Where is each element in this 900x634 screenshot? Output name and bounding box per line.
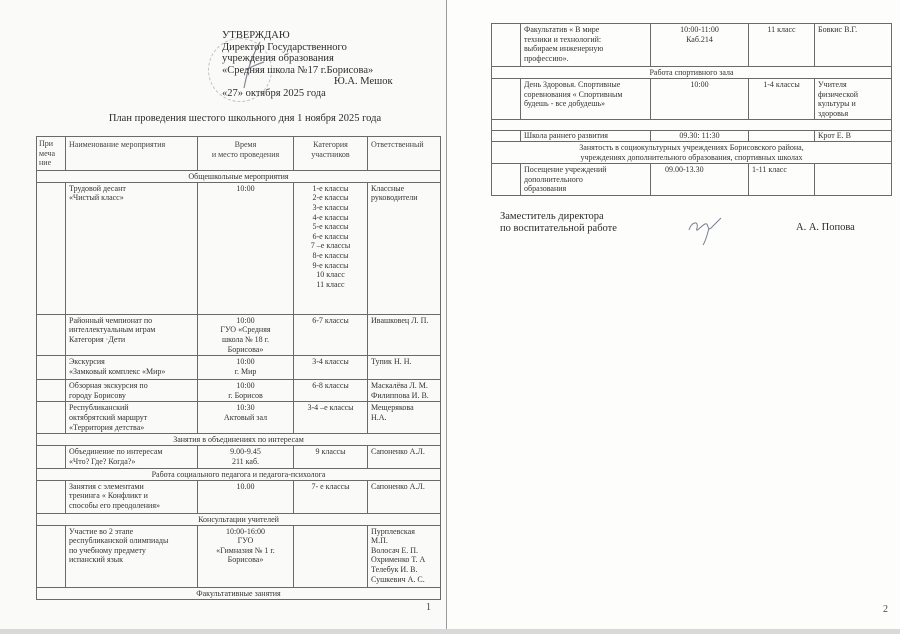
cell-event: Трудовой десант «Чистый класс» xyxy=(66,182,198,314)
cell-responsible: Учителя физической культуры и здоровья xyxy=(815,79,892,120)
section-row: Занятость в социокультурных учреждениях … xyxy=(492,141,892,163)
cell-event: Занятия с элементами тренинга « Конфликт… xyxy=(66,480,198,513)
cell-category: 6-7 классы xyxy=(294,314,368,355)
deputy-signature-icon xyxy=(685,216,725,246)
cell-event: Республиканский октябрятский маршрут «Те… xyxy=(66,402,198,434)
signoff-block: Заместитель директора по воспитательной … xyxy=(500,211,617,235)
section-row: Факультативные занятия xyxy=(37,587,441,599)
cell-time: 10:30 Актовый зал xyxy=(198,402,294,434)
cell-note xyxy=(492,79,521,120)
approval-heading: УТВЕРЖДАЮ xyxy=(222,30,422,42)
cell-note xyxy=(37,380,66,402)
cell-category: 1-4 классы xyxy=(749,79,815,120)
cell-responsible: Бовкис В.Г. xyxy=(815,24,892,67)
cell-category: 6-8 классы xyxy=(294,380,368,402)
cell-time: 10.00 xyxy=(198,480,294,513)
cell-note xyxy=(37,182,66,314)
cell-time: 10:00-11:00 Каб.214 xyxy=(651,24,749,67)
cell-time: 10:00 xyxy=(651,79,749,120)
cell-responsible: Ивашковец Л. П. xyxy=(368,314,441,355)
header-responsible: Ответственный xyxy=(368,137,441,171)
cell-event: Районный чемпионат по интеллектуальным и… xyxy=(66,314,198,355)
approval-line-2: учреждения образования xyxy=(222,53,422,65)
cell-responsible: Классные руководители xyxy=(368,182,441,314)
table-row: Районный чемпионат по интеллектуальным и… xyxy=(37,314,441,355)
cell-event: Посещение учреждений дополнительного обр… xyxy=(521,164,651,196)
approval-block: УТВЕРЖДАЮ Директор Государственного учре… xyxy=(222,30,422,100)
signoff-name: А. А. Попова xyxy=(796,222,855,233)
plan-title: План проведения шестого школьного дня 1 … xyxy=(60,113,430,124)
header-time: Время и место проведения xyxy=(198,137,294,171)
cell-responsible: Тупик Н. Н. xyxy=(368,356,441,380)
section-row: Работа социального педагога и педагога-п… xyxy=(37,468,441,480)
cell-responsible: Крот Е. В xyxy=(815,131,892,142)
cell-time: 09.30: 11:30 xyxy=(651,131,749,142)
cell-event: Участие во 2 этапе республиканской олимп… xyxy=(66,525,198,587)
cell-note xyxy=(492,164,521,196)
cell-responsible: Маскалёва Л. М. Филиппова И. В. xyxy=(368,380,441,402)
cell-note xyxy=(492,131,521,142)
cell-category: 9 классы xyxy=(294,446,368,468)
table-row: Посещение учреждений дополнительного обр… xyxy=(492,164,892,196)
cell-note xyxy=(37,525,66,587)
cell-time: 10:00 г. Мир xyxy=(198,356,294,380)
approval-line-1: Директор Государственного xyxy=(222,42,422,54)
table-header-row: При меча ние Наименование мероприятия Вр… xyxy=(37,137,441,171)
cell-category: 1-е классы 2-е классы 3-е классы 4-е кла… xyxy=(294,182,368,314)
cell-note xyxy=(492,24,521,67)
spacer-row xyxy=(492,120,892,131)
cell-time: 9.00-9.45 211 каб. xyxy=(198,446,294,468)
cell-responsible: Пурплевская М.П. Волосач Е. П. Охрименко… xyxy=(368,525,441,587)
section-row: Общешкольные мероприятия xyxy=(37,170,441,182)
cell-category: 11 класс xyxy=(749,24,815,67)
cell-note xyxy=(37,402,66,434)
cell-responsible: Сапоненко А.Л. xyxy=(368,480,441,513)
cell-category: 3-4 классы xyxy=(294,356,368,380)
table-row: День Здоровья. Спортивные соревнования «… xyxy=(492,79,892,120)
page-number-2: 2 xyxy=(883,604,888,615)
cell-time: 10:00-16:00 ГУО «Гимназия № 1 г. Борисов… xyxy=(198,525,294,587)
section-row: Занятия в объединениях по интересам xyxy=(37,434,441,446)
table-row: Занятия с элементами тренинга « Конфликт… xyxy=(37,480,441,513)
table-row: Экскурсия «Замковый комплекс «Мир» 10:00… xyxy=(37,356,441,380)
page-number-1: 1 xyxy=(426,602,431,613)
cell-note xyxy=(37,356,66,380)
cell-category xyxy=(749,131,815,142)
table-row: Обзорная экскурсия по городу Борисову 10… xyxy=(37,380,441,402)
cell-category: 7- е классы xyxy=(294,480,368,513)
approval-date: «27» октября 2025 года xyxy=(222,88,422,100)
cell-event: Экскурсия «Замковый комплекс «Мир» xyxy=(66,356,198,380)
cell-event: Школа раннего развития xyxy=(521,131,651,142)
header-event: Наименование мероприятия xyxy=(66,137,198,171)
header-category: Категория участников xyxy=(294,137,368,171)
section-row: Консультации учителей xyxy=(37,513,441,525)
signoff-position-2: по воспитательной работе xyxy=(500,223,617,235)
approval-signer: Ю.А. Мешок xyxy=(222,76,422,88)
cell-event: Обзорная экскурсия по городу Борисову xyxy=(66,380,198,402)
bottom-strip xyxy=(0,629,900,634)
cell-event: Объединение по интересам «Что? Где? Когд… xyxy=(66,446,198,468)
schedule-table-page-1: При меча ние Наименование мероприятия Вр… xyxy=(36,136,441,600)
cell-time: 10:00 xyxy=(198,182,294,314)
table-row: Факультатив « В мире техники и технологи… xyxy=(492,24,892,67)
table-row: Трудовой десант «Чистый класс» 10:00 1-е… xyxy=(37,182,441,314)
cell-event: День Здоровья. Спортивные соревнования «… xyxy=(521,79,651,120)
cell-responsible: Сапоненко А.Л. xyxy=(368,446,441,468)
table-row: Участие во 2 этапе республиканской олимп… xyxy=(37,525,441,587)
approval-line-3: «Средняя школа №17 г.Борисова» xyxy=(222,65,422,77)
cell-category: 3-4 –е классы xyxy=(294,402,368,434)
table-row: Объединение по интересам «Что? Где? Когд… xyxy=(37,446,441,468)
section-row: Работа спортивного зала xyxy=(492,67,892,79)
cell-responsible xyxy=(815,164,892,196)
table-row: Школа раннего развития 09.30: 11:30 Крот… xyxy=(492,131,892,142)
cell-category xyxy=(294,525,368,587)
cell-category: 1-11 класс xyxy=(749,164,815,196)
header-note: При меча ние xyxy=(37,137,66,171)
cell-responsible: Мещерякова Н.А. xyxy=(368,402,441,434)
page-divider xyxy=(446,0,447,634)
cell-note xyxy=(37,480,66,513)
cell-time: 10:00 г. Борисов xyxy=(198,380,294,402)
cell-event: Факультатив « В мире техники и технологи… xyxy=(521,24,651,67)
cell-note xyxy=(37,314,66,355)
signoff-position-1: Заместитель директора xyxy=(500,211,617,223)
schedule-table-page-2: Факультатив « В мире техники и технологи… xyxy=(491,23,892,196)
cell-time: 09.00-13.30 xyxy=(651,164,749,196)
table-row: Республиканский октябрятский маршрут «Те… xyxy=(37,402,441,434)
cell-note xyxy=(37,446,66,468)
cell-time: 10:00 ГУО «Средняя школа № 18 г. Борисов… xyxy=(198,314,294,355)
